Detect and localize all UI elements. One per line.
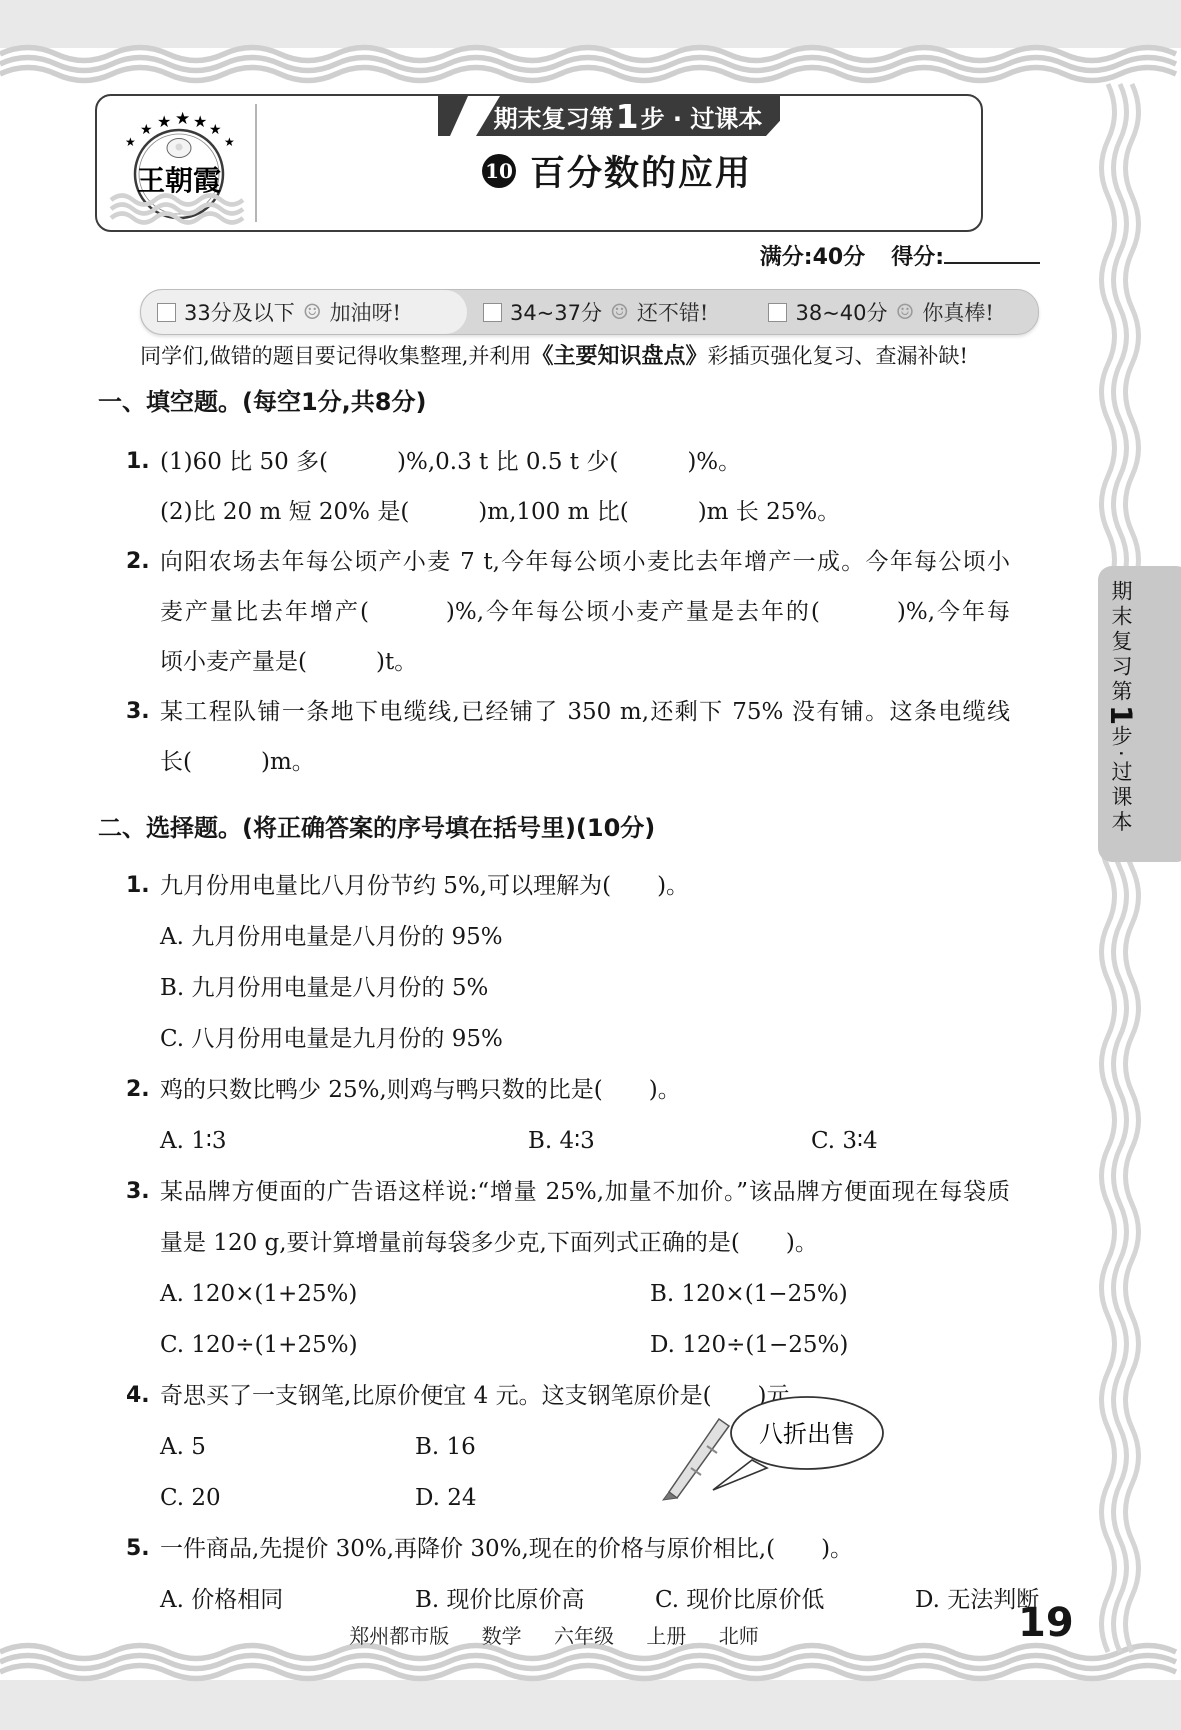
question-line: 某工程队铺一条地下电缆线,已经铺了 350 m,还剩下 75% 没有铺。这条电缆… [160,687,1010,737]
star-icon: ★ [209,122,222,138]
option-c: C. 20 [160,1473,221,1524]
smiley-face-icon: ☺ [896,302,915,323]
section1-heading: 一、填空题。(每空1分,共8分) [98,385,1010,419]
page-title: 百分数的应用 [530,154,752,194]
notice-post: 彩插页强化复习、查漏补缺! [707,344,967,368]
question-number: 4. [126,1371,150,1421]
banner-step-number: 1 [616,97,639,136]
option-c: C. 3∶4 [811,1116,878,1167]
footer-edition: 郑州都市版 [349,1624,449,1648]
score-range-label: 38~40分 [795,297,887,327]
sidebar-text-suffix: 步·过课本 [1106,725,1136,836]
option-a: A. 120×(1+25%) [160,1269,357,1320]
brand-logo: ★ ★ ★ ★ ★ ★ ★ 王朝霞 [105,100,253,226]
notice-bold: 《主要知识盘点》 [531,344,707,369]
option-c: C. 八月份用电量是九月份的 95% [160,1014,1010,1065]
fill-in-item-3: 3. 某工程队铺一条地下电缆线,已经铺了 350 m,还剩下 75% 没有铺。这… [98,687,1010,787]
fill-in-item-2: 2. 向阳农场去年每公顷产小麦 7 t,今年每公顷小麦比去年增产一成。今年每公顷… [98,537,1010,687]
question-number: 3. [126,687,150,737]
question-stem: 鸡的只数比鸭少 25%,则鸡与鸭只数的比是( )。 [160,1065,1010,1116]
option-d: D. 24 [415,1473,477,1524]
section2-heading: 二、选择题。(将正确答案的序号填在括号里)(10分) [98,811,1010,845]
option-a: A. 价格相同 [160,1575,283,1626]
brand-logo-badge: ★ ★ ★ ★ ★ ★ ★ 王朝霞 [105,100,253,226]
smiley-face-icon: ☺ [303,302,322,323]
notice-text: 同学们,做错的题目要记得收集整理,并利用《主要知识盘点》彩插页强化复习、查漏补缺… [98,339,1010,370]
footer-volume: 上册 [646,1624,686,1648]
score-band-segment: 33分及以下 ☺ 加油呀! [141,290,467,334]
score-remark: 加油呀! [330,297,401,327]
question-stem: 量是 120 g,要计算增量前每袋多少克,下面列式正确的是( )。 [160,1218,1010,1269]
option-b: B. 16 [415,1422,476,1473]
discount-bubble-illustration: 八折出售 [655,1388,890,1502]
banner-text-prefix: 期末复习第 [494,99,614,134]
lesson-number-badge: 10 [482,154,516,188]
sidebar-step-tab-text: 期末复习第1步·过课本 [1104,580,1138,848]
score-remark: 你真棒! [922,297,993,327]
banner-text-suffix: 步 · 过课本 [641,99,763,134]
question-number: 1. [126,861,150,911]
question-line: 麦产量比去年增产( )%,今年每公顷小麦产量是去年的( )%,今年每 [160,587,1010,637]
page-number: 19 [1018,1600,1074,1646]
star-icon: ★ [175,109,190,129]
footer-grade: 六年级 [554,1624,614,1648]
star-icon: ★ [157,112,171,131]
option-row: A. 价格相同 B. 现价比原价高 C. 现价比原价低 D. 无法判断 [160,1575,1010,1626]
option-b: B. 现价比原价高 [415,1575,585,1626]
footer-subject: 数学 [482,1624,522,1648]
footer-publisher: 北师 [719,1624,759,1648]
footer-edition-info: 郑州都市版 数学 六年级 上册 北师 [98,1620,1010,1649]
option-b: B. 120×(1−25%) [650,1269,848,1320]
option-a: A. 1∶3 [160,1116,226,1167]
score-checkbox[interactable] [768,303,787,322]
score-blank-line [944,242,1040,264]
bubble-text: 八折出售 [759,1420,855,1448]
option-b: B. 九月份用电量是八月份的 5% [160,963,1010,1014]
score-checkbox[interactable] [157,303,176,322]
question-number: 2. [126,1065,150,1115]
star-icon: ★ [193,112,207,131]
choice-question-2: 2. 鸡的只数比鸭少 25%,则鸡与鸭只数的比是( )。 A. 1∶3 B. 4… [98,1065,1010,1167]
question-line: (1)60 比 50 多( )%,0.3 t 比 0.5 t 少( )%。 [160,437,1010,487]
question-number: 3. [126,1167,150,1217]
star-icon: ★ [125,135,136,149]
question-stem: 九月份用电量比八月份节约 5%,可以理解为( )。 [160,861,1010,912]
question-line: 顷小麦产量是( )t。 [160,637,1010,687]
question-number: 1. [126,437,150,487]
choice-question-1: 1. 九月份用电量比八月份节约 5%,可以理解为( )。 A. 九月份用电量是八… [98,861,1010,1065]
option-b: B. 4∶3 [528,1116,595,1167]
star-icon: ★ [140,122,153,138]
question-line: 向阳农场去年每公顷产小麦 7 t,今年每公顷小麦比去年增产一成。今年每公顷小 [160,537,1010,587]
step-banner: 期末复习第1步 · 过课本 [476,96,780,136]
choice-question-5: 5. 一件商品,先提价 30%,再降价 30%,现在的价格与原价相比,( )。 … [98,1524,1010,1626]
option-row: A. 1∶3 B. 4∶3 C. 3∶4 [160,1116,1010,1167]
bubble-tail [713,1460,767,1490]
question-line: 长( )m。 [160,737,1010,787]
score-line: 满分:40分得分: [0,240,1040,271]
option-row: C. 120÷(1+25%) D. 120÷(1−25%) [160,1320,1010,1371]
score-range-label: 34~37分 [510,297,602,327]
lesson-title-row: 10百分数的应用 [255,146,979,196]
question-number: 5. [126,1524,150,1574]
choice-question-3: 3. 某品牌方便面的广告语这样说:“增量 25%,加量不加价。”该品牌方便面现在… [98,1167,1010,1371]
option-a: A. 九月份用电量是八月份的 95% [160,912,1010,963]
sidebar-step-number: 1 [1104,705,1138,725]
score-checkbox[interactable] [483,303,502,322]
smiley-face-icon: ☺ [610,302,629,323]
question-number: 2. [126,537,150,587]
sidebar-step-tab: 期末复习第1步·过课本 [1098,566,1181,862]
option-d: D. 120÷(1−25%) [650,1320,848,1371]
score-band-segment: 34~37分 ☺ 还不错! [467,290,753,334]
brand-name: 王朝霞 [137,164,221,197]
score-band-segment: 38~40分 ☺ 你真棒! [752,290,1038,334]
question-line: (2)比 20 m 短 20% 是( )m,100 m 比( )m 长 25%。 [160,487,1010,537]
full-score-label: 满分:40分 [760,245,865,270]
option-row: A. 120×(1+25%) B. 120×(1−25%) [160,1269,1010,1320]
score-remark: 还不错! [637,297,708,327]
option-c: C. 120÷(1+25%) [160,1320,358,1371]
option-c: C. 现价比原价低 [655,1575,824,1626]
option-a: A. 5 [160,1422,206,1473]
got-score-label: 得分: [891,245,944,270]
score-band: 33分及以下 ☺ 加油呀! 34~37分 ☺ 还不错! 38~40分 ☺ 你真棒… [140,289,1039,335]
worksheet-page: ★ ★ ★ ★ ★ ★ ★ 王朝霞 期末复习第1步 · 过课本 10百分数的应用 [0,0,1181,1730]
question-stem: 某品牌方便面的广告语这样说:“增量 25%,加量不加价。”该品牌方便面现在每袋质 [160,1167,1010,1218]
notice-pre: 同学们,做错的题目要记得收集整理,并利用 [140,344,531,368]
fill-in-item-1: 1. (1)60 比 50 多( )%,0.3 t 比 0.5 t 少( )%。… [98,437,1010,537]
score-range-label: 33分及以下 [184,297,295,327]
sidebar-text-prefix: 期末复习第 [1106,580,1136,705]
question-stem: 一件商品,先提价 30%,再降价 30%,现在的价格与原价相比,( )。 [160,1524,1010,1575]
star-icon: ★ [224,135,235,149]
